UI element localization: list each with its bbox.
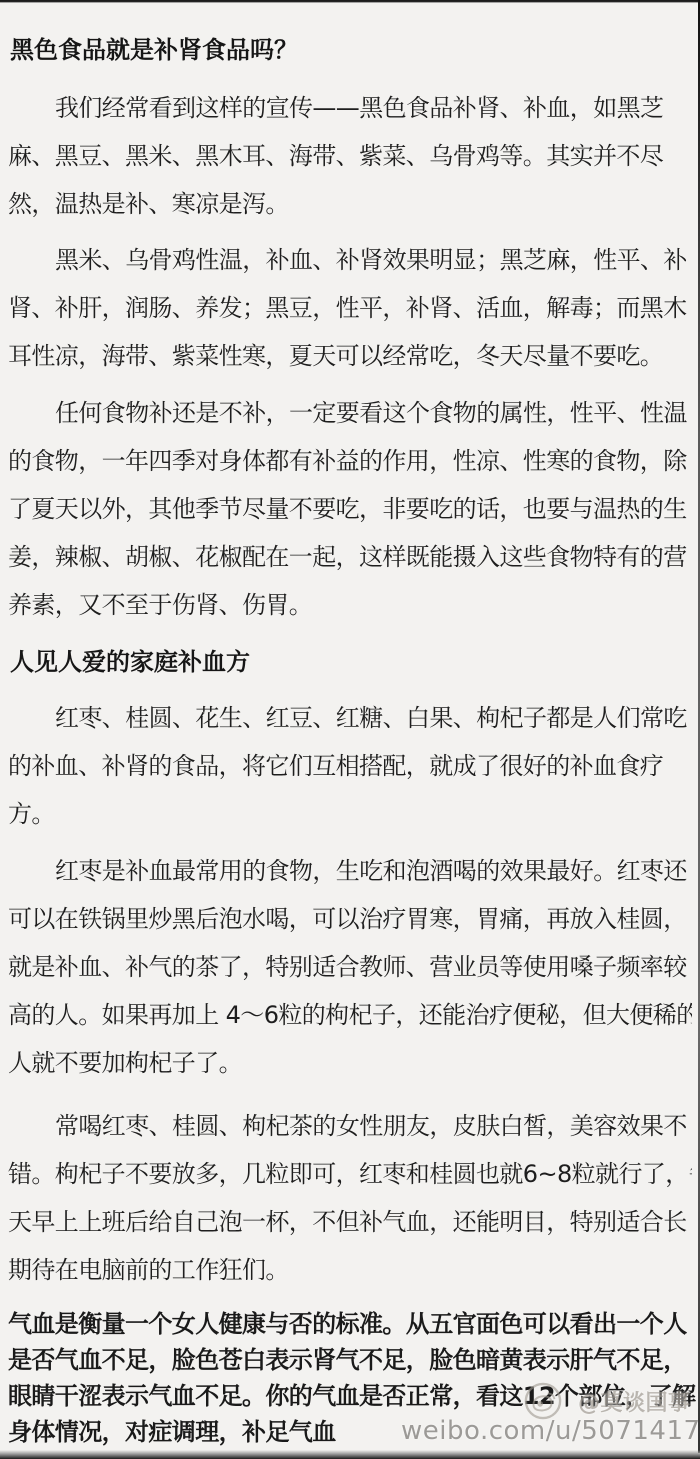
text-line: 常喝红枣、桂圆、枸杞茶的女性朋友，皮肤白皙，美容效果不 <box>8 1102 692 1150</box>
caption-line: 身体情况，对症调理，补足气血 <box>8 1414 698 1450</box>
scan-edge-bottom <box>0 1450 700 1459</box>
text-line: 红枣是补血最常用的食物，生吃和泡酒喝的效果最好。红枣还 <box>8 847 692 895</box>
paragraph: 红枣、桂圆、花生、红豆、红糖、白果、枸杞子都是人们常吃的补血、补肾的食品，将它们… <box>8 694 692 838</box>
text-line: 就是补血、补气的茶了，特别适合教师、营业员等使用嗓子频率较 <box>8 943 692 991</box>
text-line: 高的人。如果再加上 4～6粒的枸杞子，还能治疗便秘，但大便稀的 <box>8 991 692 1039</box>
text-line: 黑米、乌骨鸡性温，补血、补肾效果明显；黑芝麻，性平、补 <box>8 236 692 284</box>
text-line: 的食物，一年四季对身体都有补益的作用，性凉、性寒的食物，除 <box>8 437 692 485</box>
scanned-article-page: 黑色食品就是补肾食品吗？我们经常看到这样的宣传——黑色食品补肾、补血，如黑芝麻、… <box>0 0 700 1459</box>
text-line: 任何食物补还是不补，一定要看这个食物的属性，性平、性温 <box>8 389 692 437</box>
text-line: 我们经常看到这样的宣传——黑色食品补肾、补血，如黑芝 <box>8 84 692 132</box>
paragraph: 常喝红枣、桂圆、枸杞茶的女性朋友，皮肤白皙，美容效果不错。枸杞子不要放多，几粒即… <box>8 1102 692 1294</box>
text-line: 期待在电脑前的工作狂们。 <box>8 1246 692 1294</box>
text-line: 了夏天以外，其他季节尽量不要吃，非要吃的话，也要与温热的生 <box>8 485 692 533</box>
paragraph: 我们经常看到这样的宣传——黑色食品补肾、补血，如黑芝麻、黑豆、黑米、黑木耳、海带… <box>8 84 692 228</box>
section-heading: 黑色食品就是补肾食品吗？ <box>10 36 692 64</box>
text-line: 姜，辣椒、胡椒、花椒配在一起，这样既能摄入这些食物特有的营 <box>8 533 692 581</box>
text-line: 麻、黑豆、黑米、黑木耳、海带、紫菜、乌骨鸡等。其实并不尽 <box>8 132 692 180</box>
text-line: 错。枸杞子不要放多，几粒即可，红枣和桂圆也就6~8粒就行了，每 <box>8 1150 692 1198</box>
bottom-caption-block: 气血是衡量一个女人健康与否的标准。从五官面色可以看出一个人是否气血不足，脸色苍白… <box>8 1306 698 1450</box>
text-line: 肾、补肝，润肠、养发；黑豆，性平，补肾、活血，解毒；而黑木 <box>8 284 692 332</box>
section-heading: 人见人爱的家庭补血方 <box>10 648 692 676</box>
caption-line: 眼睛干涩表示气血不足。你的气血是否正常，看这12个部位，了解 <box>8 1378 698 1414</box>
scan-edge-top <box>0 0 700 3</box>
text-line: 天早上上班后给自己泡一杯，不但补气血，还能明目，特别适合长 <box>8 1198 692 1246</box>
paragraph: 黑米、乌骨鸡性温，补血、补肾效果明显；黑芝麻，性平、补肾、补肝，润肠、养发；黑豆… <box>8 236 692 380</box>
caption-line: 是否气血不足，脸色苍白表示肾气不足，脸色暗黄表示肝气不足， <box>8 1342 698 1378</box>
text-line: 的补血、补肾的食品，将它们互相搭配，就成了很好的补血食疗 <box>8 742 692 790</box>
text-line: 耳性凉，海带、紫菜性寒，夏天可以经常吃，冬天尽量不要吃。 <box>8 332 692 380</box>
text-line: 养素，又不至于伤肾、伤胃。 <box>8 581 692 629</box>
article-body: 黑色食品就是补肾食品吗？我们经常看到这样的宣传——黑色食品补肾、补血，如黑芝麻、… <box>0 36 700 1294</box>
text-line: 然，温热是补、寒凉是泻。 <box>8 180 692 228</box>
paragraph: 任何食物补还是不补，一定要看这个食物的属性，性平、性温的食物，一年四季对身体都有… <box>8 389 692 629</box>
text-line: 人就不要加枸杞子了。 <box>8 1039 692 1087</box>
text-line: 红枣、桂圆、花生、红豆、红糖、白果、枸杞子都是人们常吃 <box>8 694 692 742</box>
caption-line: 气血是衡量一个女人健康与否的标准。从五官面色可以看出一个人 <box>8 1306 698 1342</box>
text-line: 方。 <box>8 790 692 838</box>
text-line: 可以在铁锅里炒黑后泡水喝，可以治疗胃寒，胃痛，再放入桂圆， <box>8 895 692 943</box>
paragraph: 红枣是补血最常用的食物，生吃和泡酒喝的效果最好。红枣还可以在铁锅里炒黑后泡水喝，… <box>8 847 692 1087</box>
